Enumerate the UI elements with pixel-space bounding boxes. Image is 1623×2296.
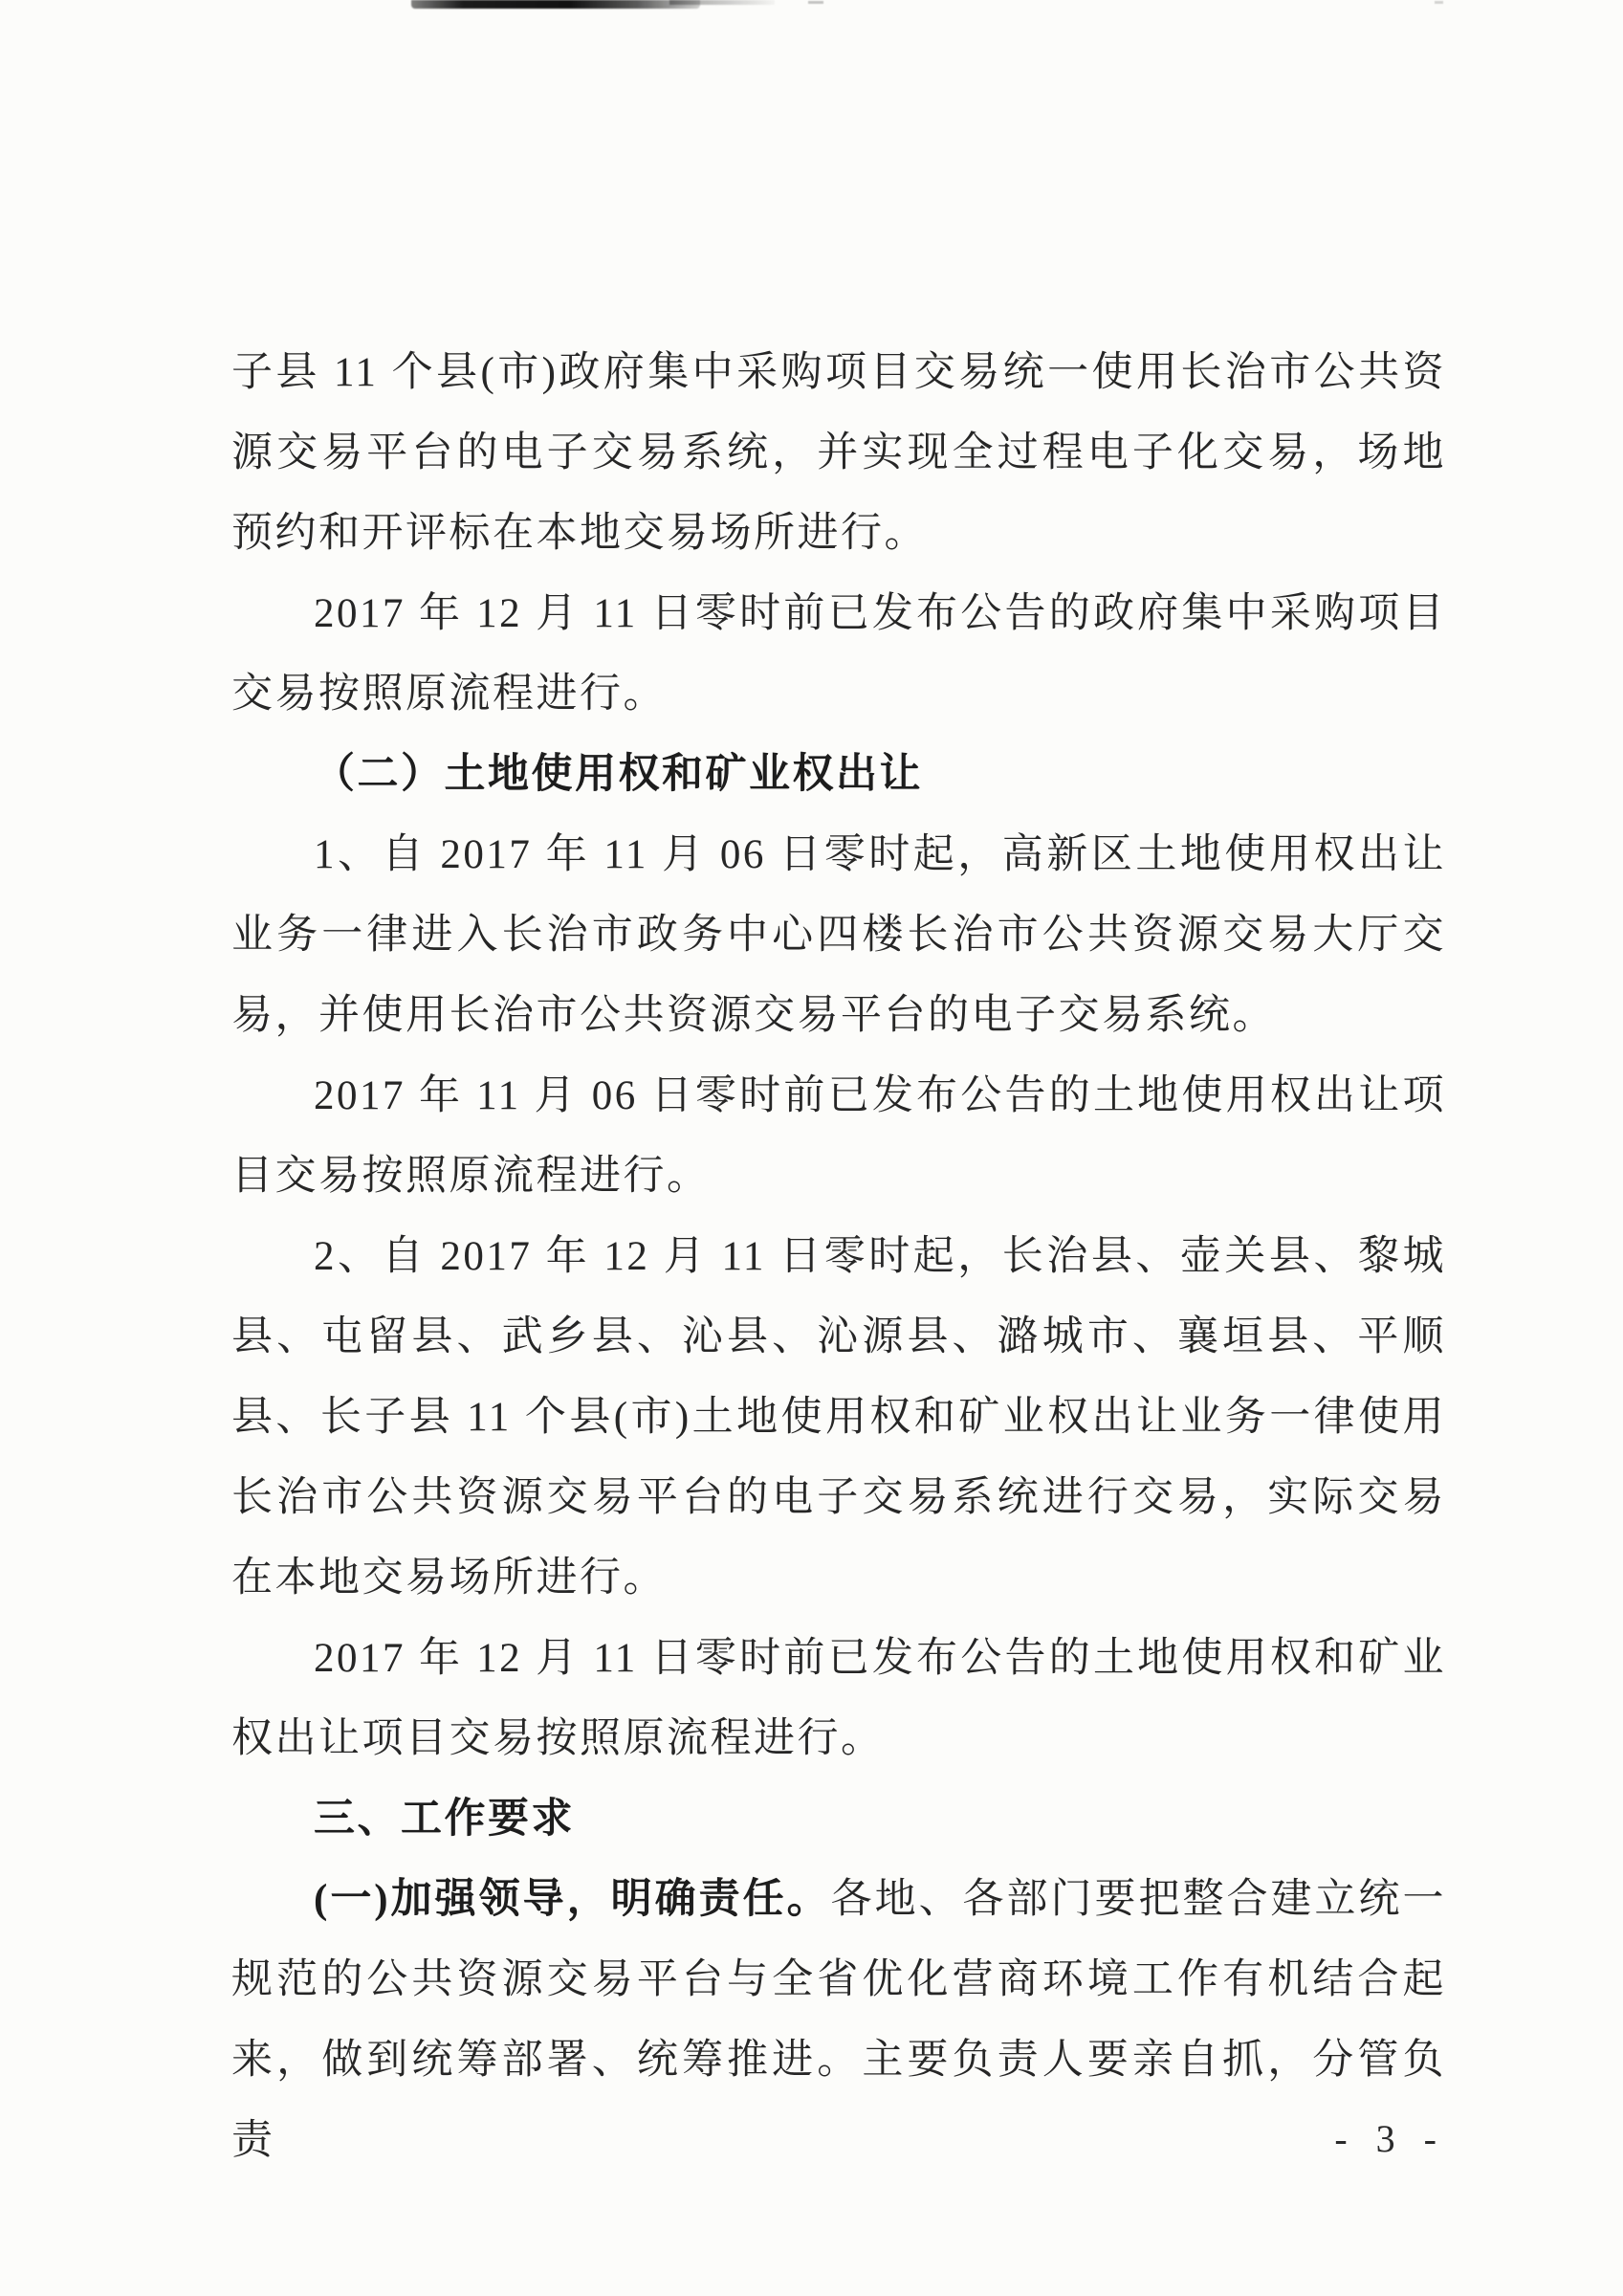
- scan-speck: [1435, 1, 1443, 4]
- document-body: 子县 11 个县(市)政府集中采购项目交易统一使用长治市公共资源交易平台的电子交…: [231, 333, 1446, 2181]
- scan-artifact-top: [411, 0, 700, 9]
- para-land-item-2-transition: 2017 年 12 月 11 日零时前已发布公告的土地使用权和矿业权出让项目交易…: [231, 1619, 1446, 1779]
- paragraph-text-run: 子县 11 个县(市)政府集中采购项目交易统一使用长治市公共资源交易平台的电子交…: [231, 350, 1446, 556]
- scan-speck: [808, 1, 823, 4]
- paragraph-text-run: 2017 年 12 月 11 日零时前已发布公告的政府集中采购项目交易按照原流程…: [231, 591, 1446, 717]
- paragraph-bold-run: （二）土地使用权和矿业权出让: [314, 752, 923, 797]
- paragraph-text-run: 2017 年 11 月 06 日零时前已发布公告的土地使用权出让项目交易按照原流…: [231, 1073, 1446, 1199]
- page-number: - 3 -: [231, 2116, 1446, 2161]
- paragraph-bold-run: (一)加强领导，明确责任。: [314, 1877, 831, 1922]
- document-page: 子县 11 个县(市)政府集中采购项目交易统一使用长治市公共资源交易平台的电子交…: [0, 0, 1623, 2296]
- scan-artifact-top-tail: [669, 0, 775, 5]
- paragraph-text-run: 2017 年 12 月 11 日零时前已发布公告的土地使用权和矿业权出让项目交易…: [231, 1636, 1446, 1761]
- paragraph-bold-run: 三、工作要求: [314, 1797, 575, 1842]
- para-land-item-1-transition: 2017 年 11 月 06 日零时前已发布公告的土地使用权出让项目交易按照原流…: [231, 1056, 1446, 1217]
- paragraph-text-run: 1、自 2017 年 11 月 06 日零时起，高新区土地使用权出让业务一律进入…: [231, 832, 1446, 1038]
- para-procurement-continued: 子县 11 个县(市)政府集中采购项目交易统一使用长治市公共资源交易平台的电子交…: [231, 333, 1446, 574]
- heading-section-two: （二）土地使用权和矿业权出让: [231, 735, 1446, 815]
- heading-section-three: 三、工作要求: [231, 1779, 1446, 1860]
- paragraph-text-run: 2、自 2017 年 12 月 11 日零时起，长治县、壶关县、黎城县、屯留县、…: [231, 1234, 1446, 1601]
- para-land-item-2: 2、自 2017 年 12 月 11 日零时起，长治县、壶关县、黎城县、屯留县、…: [231, 1217, 1446, 1619]
- para-procurement-transition: 2017 年 12 月 11 日零时前已发布公告的政府集中采购项目交易按照原流程…: [231, 574, 1446, 735]
- para-land-item-1: 1、自 2017 年 11 月 06 日零时起，高新区土地使用权出让业务一律进入…: [231, 815, 1446, 1056]
